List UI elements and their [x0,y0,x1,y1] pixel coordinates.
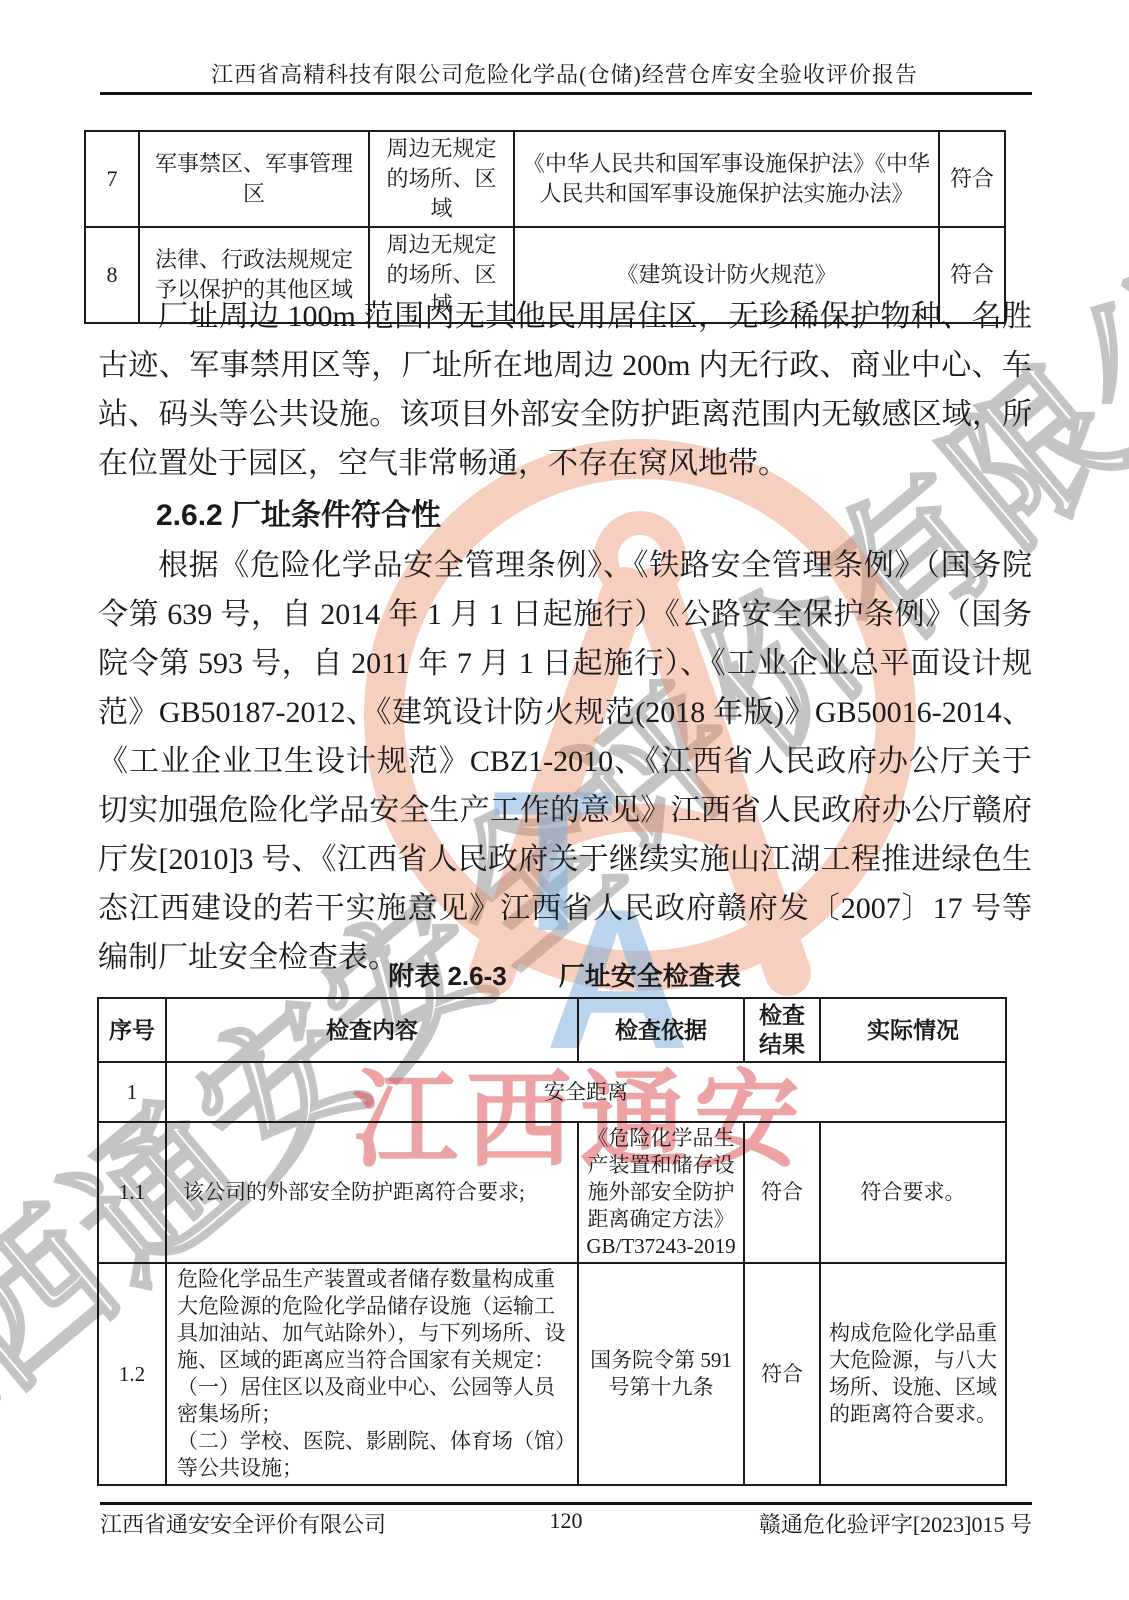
footer-doc-number: 赣通危化验评字[2023]015 号 [759,1508,1032,1539]
col-header-actual: 实际情况 [820,998,1006,1062]
header-rule [100,92,1032,95]
site-safety-check-table: 序号 检查内容 检查依据 检查结果 实际情况 1 安全距离 1.1 该公司的外部… [97,997,1007,1486]
check-table-caption: 附表 2.6-3 厂址安全检查表 [0,956,1129,993]
paragraph-site-surroundings: 厂址周边 100m 范围内无其他民用居住区，无珍稀保护物种、名胜古迹、军事禁用区… [98,292,1032,488]
table-row: 1 安全距离 [98,1062,1006,1122]
row-requirement: 周边无规定的场所、区域 [369,131,514,227]
page-content: 江西省高精科技有限公司危险化学品(仓储)经营仓库安全验收评价报告 7 军事禁区、… [0,0,1129,1600]
row-basis: 《危险化学品生产装置和储存设施外部安全防护距离确定方法》GB/T37243-20… [578,1122,744,1263]
row-no: 1 [98,1062,166,1122]
row-content: 军事禁区、军事管理区 [139,131,369,227]
row-no: 1.2 [98,1263,166,1485]
paragraph-regulation-basis: 根据《危险化学品安全管理条例》、《铁路安全管理条例》（国务院令第 639 号，自… [98,541,1032,982]
section-heading-262: 2.6.2 厂址条件符合性 [156,490,441,534]
table-row: 7 军事禁区、军事管理区 周边无规定的场所、区域 《中华人民共和国军事设施保护法… [85,131,1005,227]
col-header-basis: 检查依据 [578,998,744,1062]
report-page: 江西通安安全评价有限公司 T A 江西通安 江西省高精科技有限公司危险化学品(仓… [0,0,1129,1600]
row-basis: 《中华人民共和国军事设施保护法》《中华人民共和国军事设施保护法实施办法》 [514,131,939,227]
page-footer: 120 江西省通安安全评价有限公司 赣通危化验评字[2023]015 号 [100,1508,1032,1539]
row-no: 1.1 [98,1122,166,1263]
row-result: 符合 [744,1263,820,1485]
col-header-no: 序号 [98,998,166,1062]
footer-company: 江西省通安安全评价有限公司 [100,1508,386,1539]
col-header-result: 检查结果 [744,998,820,1062]
row-actual: 构成危险化学品重大危险源，与八大场所、设施、区域的距离符合要求。 [820,1263,1006,1485]
row-no: 7 [85,131,139,227]
row-basis: 国务院令第 591 号第十九条 [578,1263,744,1485]
row-result: 符合 [939,131,1005,227]
row-section-title: 安全距离 [166,1062,1006,1122]
table-row: 1.2 危险化学品生产装置或者储存数量构成重大危险源的危险化学品储存设施（运输工… [98,1263,1006,1485]
footer-rule [100,1502,1032,1505]
row-actual: 符合要求。 [820,1122,1006,1263]
table-row: 1.1 该公司的外部安全防护距离符合要求; 《危险化学品生产装置和储存设施外部安… [98,1122,1006,1263]
row-content: 该公司的外部安全防护距离符合要求; [166,1122,578,1263]
row-result: 符合 [744,1122,820,1263]
table-header-row: 序号 检查内容 检查依据 检查结果 实际情况 [98,998,1006,1062]
col-header-content: 检查内容 [166,998,578,1062]
page-header-title: 江西省高精科技有限公司危险化学品(仓储)经营仓库安全验收评价报告 [0,58,1129,89]
row-content: 危险化学品生产装置或者储存数量构成重大危险源的危险化学品储存设施（运输工具加油站… [166,1263,578,1485]
